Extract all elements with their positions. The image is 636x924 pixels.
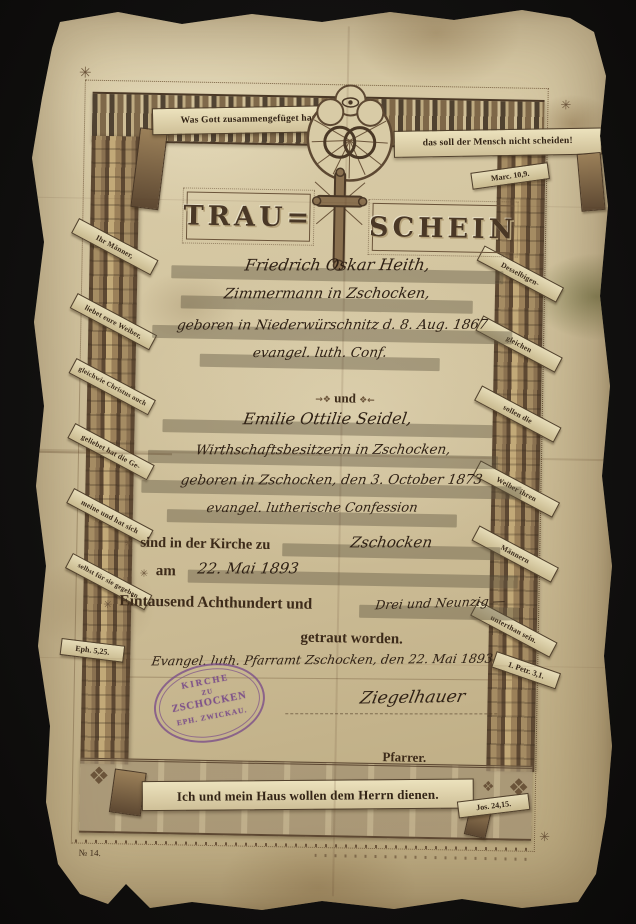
pfarrer-signature: Ziegelhauer (315, 686, 510, 709)
year-label: Eintausend Achthundert und (119, 592, 312, 614)
fleuron-icon: ✳ (124, 538, 133, 549)
groom-confession: evangel. luth. Conf. (198, 345, 441, 362)
signature-line (285, 713, 497, 714)
certificate-paper: ✳ ✳ ✳ ✳ Ihr Männer, liebet eure Weiber, … (22, 6, 614, 914)
quatrefoil-icon: ❖ (482, 779, 495, 795)
snowflake-ornament: ✳ (560, 98, 571, 113)
photo-stage: ✳ ✳ ✳ ✳ Ihr Männer, liebet eure Weiber, … (0, 0, 636, 924)
bride-name: Emilie Ottilie Seidel, (161, 409, 495, 429)
scripture-banner-right: das soll der Mensch nicht scheiden! (394, 127, 602, 157)
banner-tail (577, 152, 606, 212)
bride-birth: geboren in Zschocken, den 3. October 187… (140, 472, 524, 489)
bottom-dotted-trim (315, 854, 531, 861)
snowflake-ornament: ✳ (539, 830, 550, 845)
married-label: getraut worden. (252, 629, 452, 650)
connector-ornament-icon: →❖ (315, 395, 331, 405)
footer-banner: Ich und mein Haus wollen dem Herrn diene… (142, 778, 474, 811)
connector-ornament-icon: ❖← (359, 396, 375, 406)
certificate-artwork: ✳ ✳ ✳ ✳ Ihr Männer, liebet eure Weiber, … (14, 1, 623, 920)
fleuron-icon: ✳ (103, 598, 112, 611)
quatrefoil-icon: ❖ (88, 762, 110, 790)
groom-occupation: Zimmermann in Zschocken, (179, 286, 474, 303)
title-schein: SCHEIN (372, 203, 515, 254)
date-label: am (156, 563, 176, 580)
fleuron-icon: ✳ (140, 569, 149, 580)
sheet-number: № 14. (79, 848, 101, 858)
church-value: Zschocken (281, 533, 503, 552)
groom-name: Friedrich Oskar Heith, (184, 255, 492, 275)
snowflake-ornament: ✳ (38, 743, 49, 758)
church-label: sind in der Kirche zu (140, 535, 270, 554)
bride-confession: evangel. lutherische Confession (165, 500, 458, 516)
date-value: 22. Mai 1893 (196, 559, 369, 577)
groom-birth: geboren in Niederwürschnitz d. 8. Aug. 1… (151, 317, 515, 334)
connector-word: und (334, 390, 356, 405)
